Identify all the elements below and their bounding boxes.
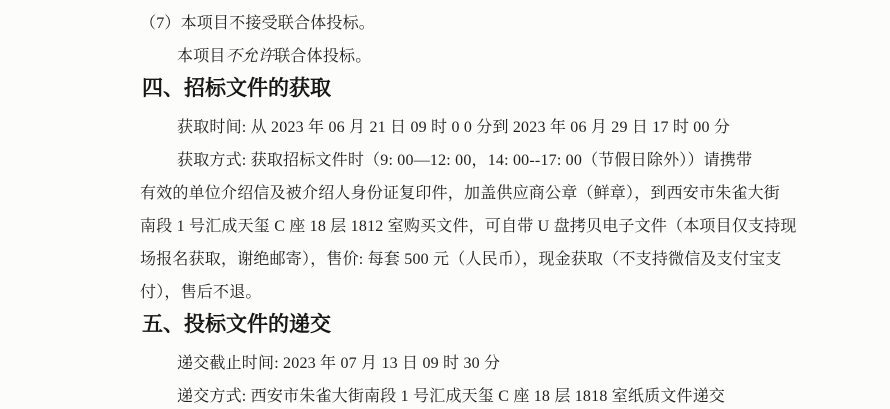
section-4-heading: 四、招标文件的获取 — [142, 73, 780, 105]
acquire-method-line-3: 南段 1 号汇成天玺 C 座 18 层 1812 室购买文件，可自带 U 盘拷贝… — [140, 210, 780, 243]
submission-method-line: 递交方式: 西安市朱雀大街南段 1 号汇成天玺 C 座 18 层 1818 室纸… — [140, 380, 780, 409]
document-page: （7）本项目不接受联合体投标。 本项目不允许联合体投标。 四、招标文件的获取 获… — [0, 0, 890, 409]
section-5-heading: 五、投标文件的递交 — [142, 309, 780, 341]
acquire-method-line-5: 付），售后不退。 — [140, 276, 780, 309]
submission-deadline-line: 递交截止时间: 2023 年 07 月 13 日 09 时 30 分 — [140, 347, 780, 380]
acquire-method-line-2: 有效的单位介绍信及被介绍人身份证复印件，加盖供应商公章（鲜章），到西安市朱雀大街 — [140, 177, 780, 210]
clause-7-no-consortium: （7）本项目不接受联合体投标。 — [140, 7, 780, 40]
consortium-statement: 本项目不允许联合体投标。 — [140, 40, 780, 73]
acquire-method-line-1: 获取方式: 获取招标文件时（9: 00—12: 00，14: 00--17: 0… — [140, 144, 780, 177]
consortium-statement-emphasis: 不允许 — [226, 48, 275, 65]
acquire-time-line: 获取时间: 从 2023 年 06 月 21 日 09 时 0 0 分到 202… — [140, 111, 780, 144]
consortium-statement-suffix: 联合体投标。 — [274, 48, 371, 65]
consortium-statement-prefix: 本项目 — [177, 48, 226, 65]
acquire-method-line-4: 场报名获取，谢绝邮寄），售价: 每套 500 元（人民币），现金获取（不支持微信… — [140, 243, 780, 276]
